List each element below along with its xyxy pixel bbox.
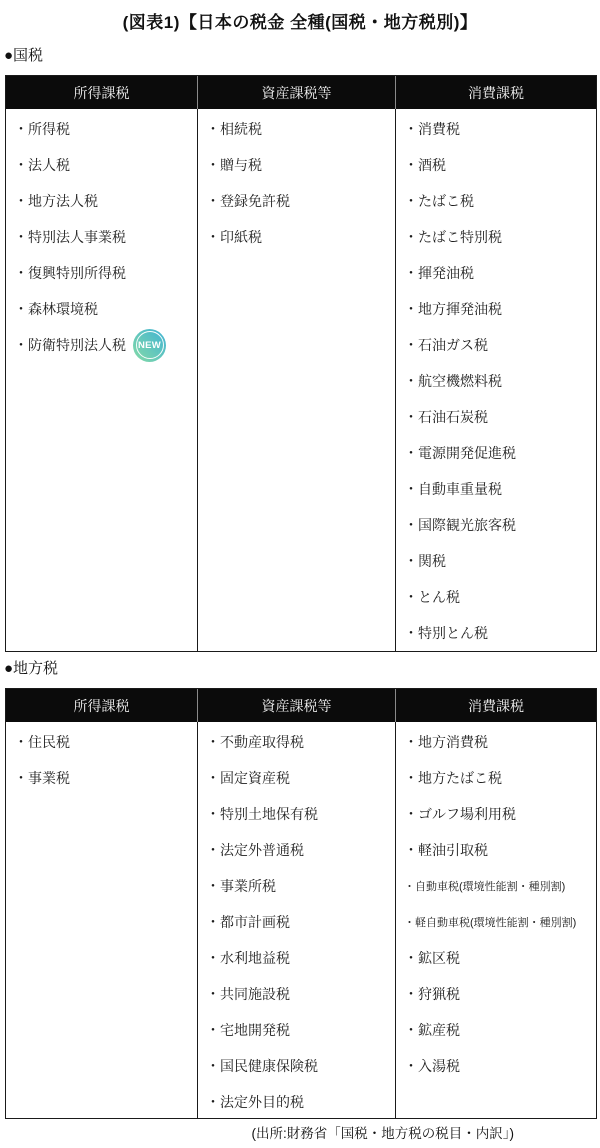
local-tax-table: 所得課税 資産課税等 消費課税 ・住民税・事業税 ・不動産取得税・固定資産税・特… <box>5 688 597 1119</box>
tax-item: ・特別土地保有税 <box>206 796 393 832</box>
page-title: (図表1)【日本の税金 全種(国税・地方税別)】 <box>0 8 600 33</box>
new-badge: NEW <box>133 329 166 362</box>
tax-item-label: ・とん税 <box>404 587 460 607</box>
tax-item-label: ・事業税 <box>14 768 70 788</box>
tax-item-label: ・入湯税 <box>404 1056 460 1076</box>
local-consumption-tax-column: ・地方消費税・地方たばこ税・ゴルフ場利用税・軽油引取税・自動車税(環境性能割・種… <box>396 722 596 1118</box>
tax-item: ・水利地益税 <box>206 940 393 976</box>
section-label-national-tax: ●国税 <box>4 44 43 65</box>
tax-item-label: ・消費税 <box>404 119 460 139</box>
tax-item: ・印紙税 <box>206 219 393 255</box>
tax-item-label: ・自動車税(環境性能割・種別割) <box>404 878 565 894</box>
tax-item: ・鉱区税 <box>404 940 594 976</box>
tax-item: ・不動産取得税 <box>206 724 393 760</box>
tax-item-label: ・軽油引取税 <box>404 840 488 860</box>
tax-item: ・国際観光旅客税 <box>404 507 594 543</box>
tax-item: ・住民税 <box>14 724 195 760</box>
national-tax-table: 所得課税 資産課税等 消費課税 ・所得税・法人税・地方法人税・特別法人事業税・復… <box>5 75 597 652</box>
tax-item: ・登録免許税 <box>206 183 393 219</box>
tax-item-label: ・航空機燃料税 <box>404 371 502 391</box>
tax-item: ・宅地開発税 <box>206 1012 393 1048</box>
tax-item-label: ・相続税 <box>206 119 262 139</box>
tax-item: ・地方たばこ税 <box>404 760 594 796</box>
tax-item-label: ・印紙税 <box>206 227 262 247</box>
tax-item-label: ・狩猟税 <box>404 984 460 1004</box>
page: (図表1)【日本の税金 全種(国税・地方税別)】 ●国税 所得課税 資産課税等 … <box>0 0 600 1148</box>
tax-item: ・森林環境税 <box>14 291 195 327</box>
tax-item-label: ・酒税 <box>404 155 446 175</box>
tax-item-label: ・特別とん税 <box>404 623 488 643</box>
tax-item-label: ・水利地益税 <box>206 948 290 968</box>
tax-item-label: ・特別法人事業税 <box>14 227 126 247</box>
tax-item-label: ・鉱区税 <box>404 948 460 968</box>
tax-item-label: ・固定資産税 <box>206 768 290 788</box>
tax-item-label: ・自動車重量税 <box>404 479 502 499</box>
tax-item: ・国民健康保険税 <box>206 1048 393 1084</box>
tax-item-label: ・鉱産税 <box>404 1020 460 1040</box>
source-note: (出所:財務省「国税・地方税の税目・内訳」) <box>252 1122 515 1142</box>
tax-item: ・復興特別所得税 <box>14 255 195 291</box>
national-table-body: ・所得税・法人税・地方法人税・特別法人事業税・復興特別所得税・森林環境税・防衛特… <box>6 109 596 651</box>
tax-item-label: ・防衛特別法人税 <box>14 335 126 355</box>
tax-item: ・たばこ税 <box>404 183 594 219</box>
tax-item-label: ・軽自動車税(環境性能割・種別割) <box>404 914 576 930</box>
tax-item-label: ・登録免許税 <box>206 191 290 211</box>
tax-item-label: ・地方揮発油税 <box>404 299 502 319</box>
tax-item: ・事業所税 <box>206 868 393 904</box>
tax-item-label: ・地方たばこ税 <box>404 768 502 788</box>
tax-item: ・法人税 <box>14 147 195 183</box>
tax-item: ・事業税 <box>14 760 195 796</box>
tax-item-label: ・事業所税 <box>206 876 276 896</box>
tax-item-label: ・ゴルフ場利用税 <box>404 804 516 824</box>
section-label-local-tax: ●地方税 <box>4 657 58 678</box>
tax-item-label: ・地方法人税 <box>14 191 98 211</box>
tax-item: ・所得税 <box>14 111 195 147</box>
tax-item: ・酒税 <box>404 147 594 183</box>
tax-item: ・石油ガス税 <box>404 327 594 363</box>
tax-item-label: ・住民税 <box>14 732 70 752</box>
national-asset-tax-column: ・相続税・贈与税・登録免許税・印紙税 <box>198 109 396 651</box>
tax-item-label: ・電源開発促進税 <box>404 443 516 463</box>
tax-item-label: ・法定外目的税 <box>206 1092 304 1112</box>
tax-item: ・地方揮発油税 <box>404 291 594 327</box>
tax-item-label: ・たばこ税 <box>404 191 474 211</box>
tax-item: ・とん税 <box>404 579 594 615</box>
tax-item-label: ・所得税 <box>14 119 70 139</box>
national-consumption-tax-column: ・消費税・酒税・たばこ税・たばこ特別税・揮発油税・地方揮発油税・石油ガス税・航空… <box>396 109 596 651</box>
column-header-consumption-tax: 消費課税 <box>396 76 596 109</box>
local-table-header-row: 所得課税 資産課税等 消費課税 <box>6 689 596 722</box>
tax-item: ・航空機燃料税 <box>404 363 594 399</box>
national-table-header-row: 所得課税 資産課税等 消費課税 <box>6 76 596 109</box>
tax-item: ・固定資産税 <box>206 760 393 796</box>
local-asset-tax-column: ・不動産取得税・固定資産税・特別土地保有税・法定外普通税・事業所税・都市計画税・… <box>198 722 396 1118</box>
column-header-income-tax: 所得課税 <box>6 689 198 722</box>
tax-item: ・自動車重量税 <box>404 471 594 507</box>
tax-item-label: ・法定外普通税 <box>206 840 304 860</box>
tax-item: ・たばこ特別税 <box>404 219 594 255</box>
tax-item-label: ・共同施設税 <box>206 984 290 1004</box>
tax-item: ・揮発油税 <box>404 255 594 291</box>
tax-item-label: ・都市計画税 <box>206 912 290 932</box>
local-table-body: ・住民税・事業税 ・不動産取得税・固定資産税・特別土地保有税・法定外普通税・事業… <box>6 722 596 1118</box>
tax-item-label: ・不動産取得税 <box>206 732 304 752</box>
column-header-asset-tax: 資産課税等 <box>198 76 396 109</box>
column-header-consumption-tax: 消費課税 <box>396 689 596 722</box>
tax-item: ・電源開発促進税 <box>404 435 594 471</box>
tax-item: ・自動車税(環境性能割・種別割) <box>404 868 594 904</box>
tax-item: ・防衛特別法人税NEW <box>14 327 195 363</box>
tax-item: ・軽油引取税 <box>404 832 594 868</box>
tax-item-label: ・石油石炭税 <box>404 407 488 427</box>
tax-item: ・ゴルフ場利用税 <box>404 796 594 832</box>
column-header-income-tax: 所得課税 <box>6 76 198 109</box>
tax-item: ・消費税 <box>404 111 594 147</box>
tax-item-label: ・特別土地保有税 <box>206 804 318 824</box>
tax-item: ・法定外普通税 <box>206 832 393 868</box>
local-income-tax-column: ・住民税・事業税 <box>6 722 198 1118</box>
tax-item-label: ・国際観光旅客税 <box>404 515 516 535</box>
tax-item: ・石油石炭税 <box>404 399 594 435</box>
tax-item: ・地方法人税 <box>14 183 195 219</box>
tax-item-label: ・法人税 <box>14 155 70 175</box>
tax-item: ・特別法人事業税 <box>14 219 195 255</box>
tax-item: ・関税 <box>404 543 594 579</box>
tax-item: ・鉱産税 <box>404 1012 594 1048</box>
tax-item-label: ・揮発油税 <box>404 263 474 283</box>
tax-item-label: ・地方消費税 <box>404 732 488 752</box>
tax-item: ・狩猟税 <box>404 976 594 1012</box>
tax-item: ・都市計画税 <box>206 904 393 940</box>
tax-item: ・共同施設税 <box>206 976 393 1012</box>
tax-item-label: ・森林環境税 <box>14 299 98 319</box>
tax-item-label: ・復興特別所得税 <box>14 263 126 283</box>
tax-item-label: ・国民健康保険税 <box>206 1056 318 1076</box>
tax-item: ・法定外目的税 <box>206 1084 393 1118</box>
national-income-tax-column: ・所得税・法人税・地方法人税・特別法人事業税・復興特別所得税・森林環境税・防衛特… <box>6 109 198 651</box>
tax-item-label: ・たばこ特別税 <box>404 227 502 247</box>
tax-item-label: ・石油ガス税 <box>404 335 488 355</box>
tax-item-label: ・宅地開発税 <box>206 1020 290 1040</box>
tax-item: ・贈与税 <box>206 147 393 183</box>
tax-item: ・相続税 <box>206 111 393 147</box>
tax-item-label: ・贈与税 <box>206 155 262 175</box>
tax-item: ・特別とん税 <box>404 615 594 651</box>
column-header-asset-tax: 資産課税等 <box>198 689 396 722</box>
tax-item: ・軽自動車税(環境性能割・種別割) <box>404 904 594 940</box>
tax-item: ・入湯税 <box>404 1048 594 1084</box>
tax-item-label: ・関税 <box>404 551 446 571</box>
tax-item: ・地方消費税 <box>404 724 594 760</box>
